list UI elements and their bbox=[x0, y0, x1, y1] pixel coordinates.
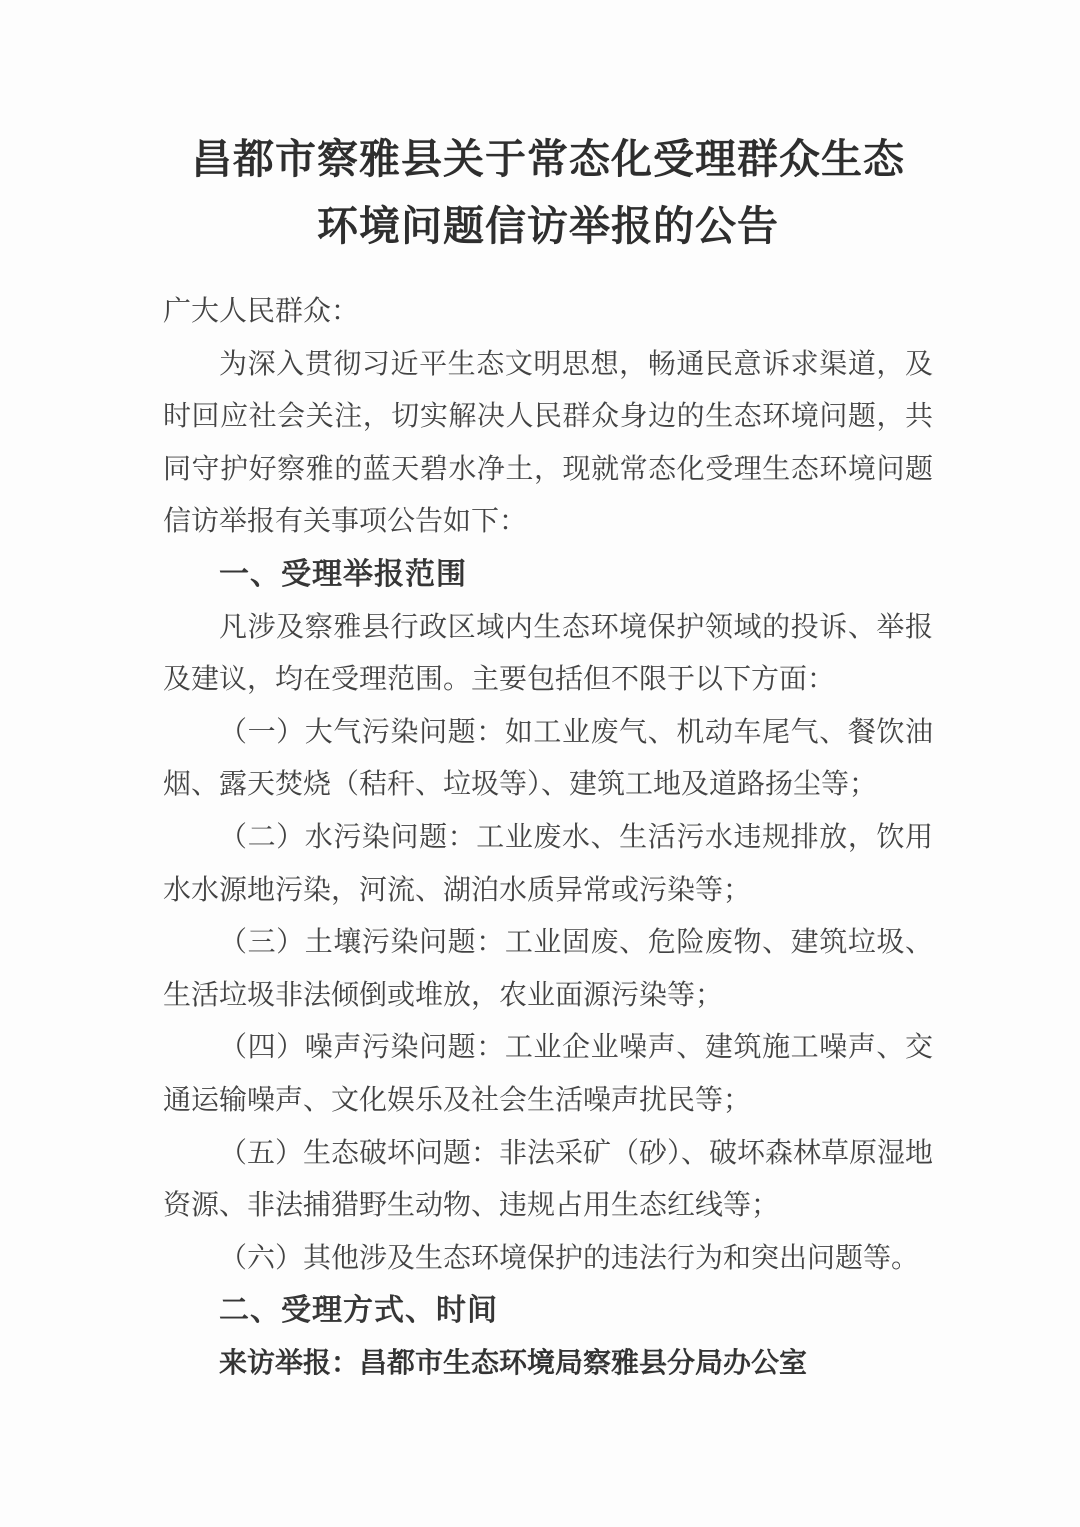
section-1-heading: 一、受理举报范围 bbox=[163, 549, 933, 602]
list-item-ecological-damage: （五）生态破坏问题：非法采矿（砂）、破坏森林草原湿地资源、非法捕猎野生动物、违规… bbox=[163, 1128, 933, 1233]
document-title: 昌都市察雅县关于常态化受理群众生态 环境问题信访举报的公告 bbox=[163, 126, 933, 260]
title-line-1: 昌都市察雅县关于常态化受理群众生态 bbox=[163, 126, 933, 193]
title-line-2: 环境问题信访举报的公告 bbox=[163, 193, 933, 260]
visit-report-line: 来访举报：昌都市生态环境局察雅县分局办公室 bbox=[163, 1338, 933, 1391]
announcement-page: 昌都市察雅县关于常态化受理群众生态 环境问题信访举报的公告 广大人民群众： 为深… bbox=[0, 0, 1080, 1527]
intro-paragraph: 为深入贯彻习近平生态文明思想，畅通民意诉求渠道，及时回应社会关注，切实解决人民群… bbox=[163, 339, 933, 549]
document-body: 广大人民群众： 为深入贯彻习近平生态文明思想，畅通民意诉求渠道，及时回应社会关注… bbox=[163, 286, 933, 1390]
list-item-noise-pollution: （四）噪声污染问题：工业企业噪声、建筑施工噪声、交通运输噪声、文化娱乐及社会生活… bbox=[163, 1022, 933, 1127]
list-item-air-pollution: （一）大气污染问题：如工业废气、机动车尾气、餐饮油烟、露天焚烧（秸秆、垃圾等）、… bbox=[163, 707, 933, 812]
list-item-other-violations: （六）其他涉及生态环境保护的违法行为和突出问题等。 bbox=[163, 1233, 933, 1286]
list-item-water-pollution: （二）水污染问题：工业废水、生活污水违规排放，饮用水水源地污染，河流、湖泊水质异… bbox=[163, 812, 933, 917]
salutation: 广大人民群众： bbox=[163, 286, 933, 339]
section-2-heading: 二、受理方式、时间 bbox=[163, 1285, 933, 1338]
list-item-soil-pollution: （三）土壤污染问题：工业固废、危险废物、建筑垃圾、生活垃圾非法倾倒或堆放，农业面… bbox=[163, 917, 933, 1022]
section-1-intro: 凡涉及察雅县行政区域内生态环境保护领域的投诉、举报及建议，均在受理范围。主要包括… bbox=[163, 602, 933, 707]
